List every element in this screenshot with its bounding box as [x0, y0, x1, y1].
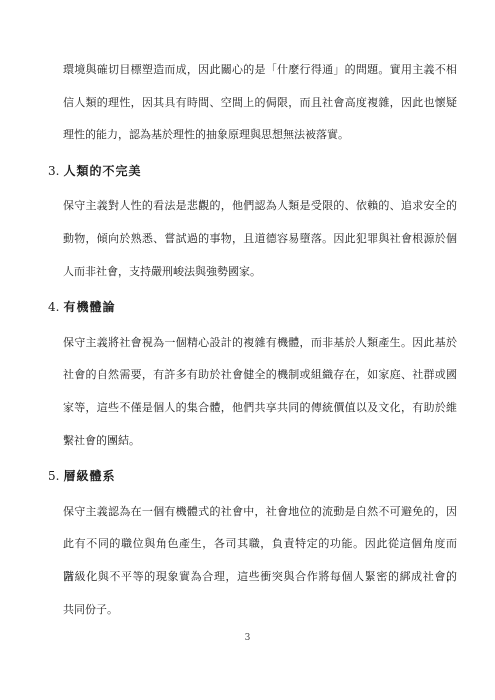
text-line: 環境與確切目標塑造而成，因此關心的是「什麼行得通」的問題。實用主義不相 [63, 54, 457, 87]
text-line: 保守主義認為在一個有機體式的社會中，社會地位的流動是自然不可避免的，因 [63, 496, 457, 529]
page-number: 3 [0, 633, 495, 643]
section-paragraph: 保守主義對人性的看法是悲觀的，他們認為人類是受限的、依賴的、追求安全的 動物，傾… [0, 190, 495, 288]
section-number: 4. [48, 291, 59, 324]
text-line: 共同份子。 [63, 594, 457, 627]
intro-paragraph: 環境與確切目標塑造而成，因此關心的是「什麼行得通」的問題。實用主義不相 信人類的… [0, 54, 495, 152]
text-line: 階級化與不平等的現象實為合理，這些衝突與合作將每個人緊密的綁成社會的 [63, 561, 457, 594]
text-line: 此有不同的職位與角色產生，各司其職，負責特定的功能。因此從這個角度而言， [63, 528, 457, 561]
section-heading-5: 5.層級體系 [48, 460, 495, 493]
text-line: 社會的自然需要，有許多有助於社會健全的機制或組織存在，如家庭、社群或國 [63, 359, 457, 392]
text-line: 保守主義將社會視為一個精心設計的複雜有機體，而非基於人類產生。因此基於 [63, 327, 457, 360]
text-line: 繫社會的團結。 [63, 425, 457, 458]
text-line: 人而非社會，支持嚴刑峻法與強勢國家。 [63, 256, 457, 289]
text-line: 信人類的理性，因其具有時間、空間上的侷限，而且社會高度複雜，因此也懷疑 [63, 87, 457, 120]
document-body: 環境與確切目標塑造而成，因此關心的是「什麼行得通」的問題。實用主義不相 信人類的… [0, 54, 495, 626]
section-title: 層級體系 [63, 469, 115, 483]
section-paragraph: 保守主義認為在一個有機體式的社會中，社會地位的流動是自然不可避免的，因 此有不同… [0, 496, 495, 626]
text-line: 家等，這些不僅是個人的集合體，他們共享共同的傳統價值以及文化，有助於維 [63, 392, 457, 425]
section-organicism: 4.有機體論 保守主義將社會視為一個精心設計的複雜有機體，而非基於人類產生。因此… [0, 291, 495, 457]
text-line: 理性的能力，認為基於理性的抽象原理與思想無法被落實。 [63, 119, 457, 152]
document-page: 環境與確切目標塑造而成，因此關心的是「什麼行得通」的問題。實用主義不相 信人類的… [0, 0, 495, 700]
section-number: 5. [48, 460, 59, 493]
section-heading-3: 3.人類的不完美 [48, 155, 495, 188]
section-title: 有機體論 [63, 300, 115, 314]
section-hierarchy: 5.層級體系 保守主義認為在一個有機體式的社會中，社會地位的流動是自然不可避免的… [0, 460, 495, 626]
section-paragraph: 保守主義將社會視為一個精心設計的複雜有機體，而非基於人類產生。因此基於 社會的自… [0, 327, 495, 457]
text-line: 保守主義對人性的看法是悲觀的，他們認為人類是受限的、依賴的、追求安全的 [63, 190, 457, 223]
section-title: 人類的不完美 [63, 164, 141, 178]
section-heading-4: 4.有機體論 [48, 291, 495, 324]
text-line: 動物，傾向於熟悉、嘗試過的事物，且道德容易墮落。因此犯罪與社會根源於個 [63, 223, 457, 256]
section-human-imperfection: 3.人類的不完美 保守主義對人性的看法是悲觀的，他們認為人類是受限的、依賴的、追… [0, 155, 495, 288]
section-number: 3. [48, 155, 59, 188]
